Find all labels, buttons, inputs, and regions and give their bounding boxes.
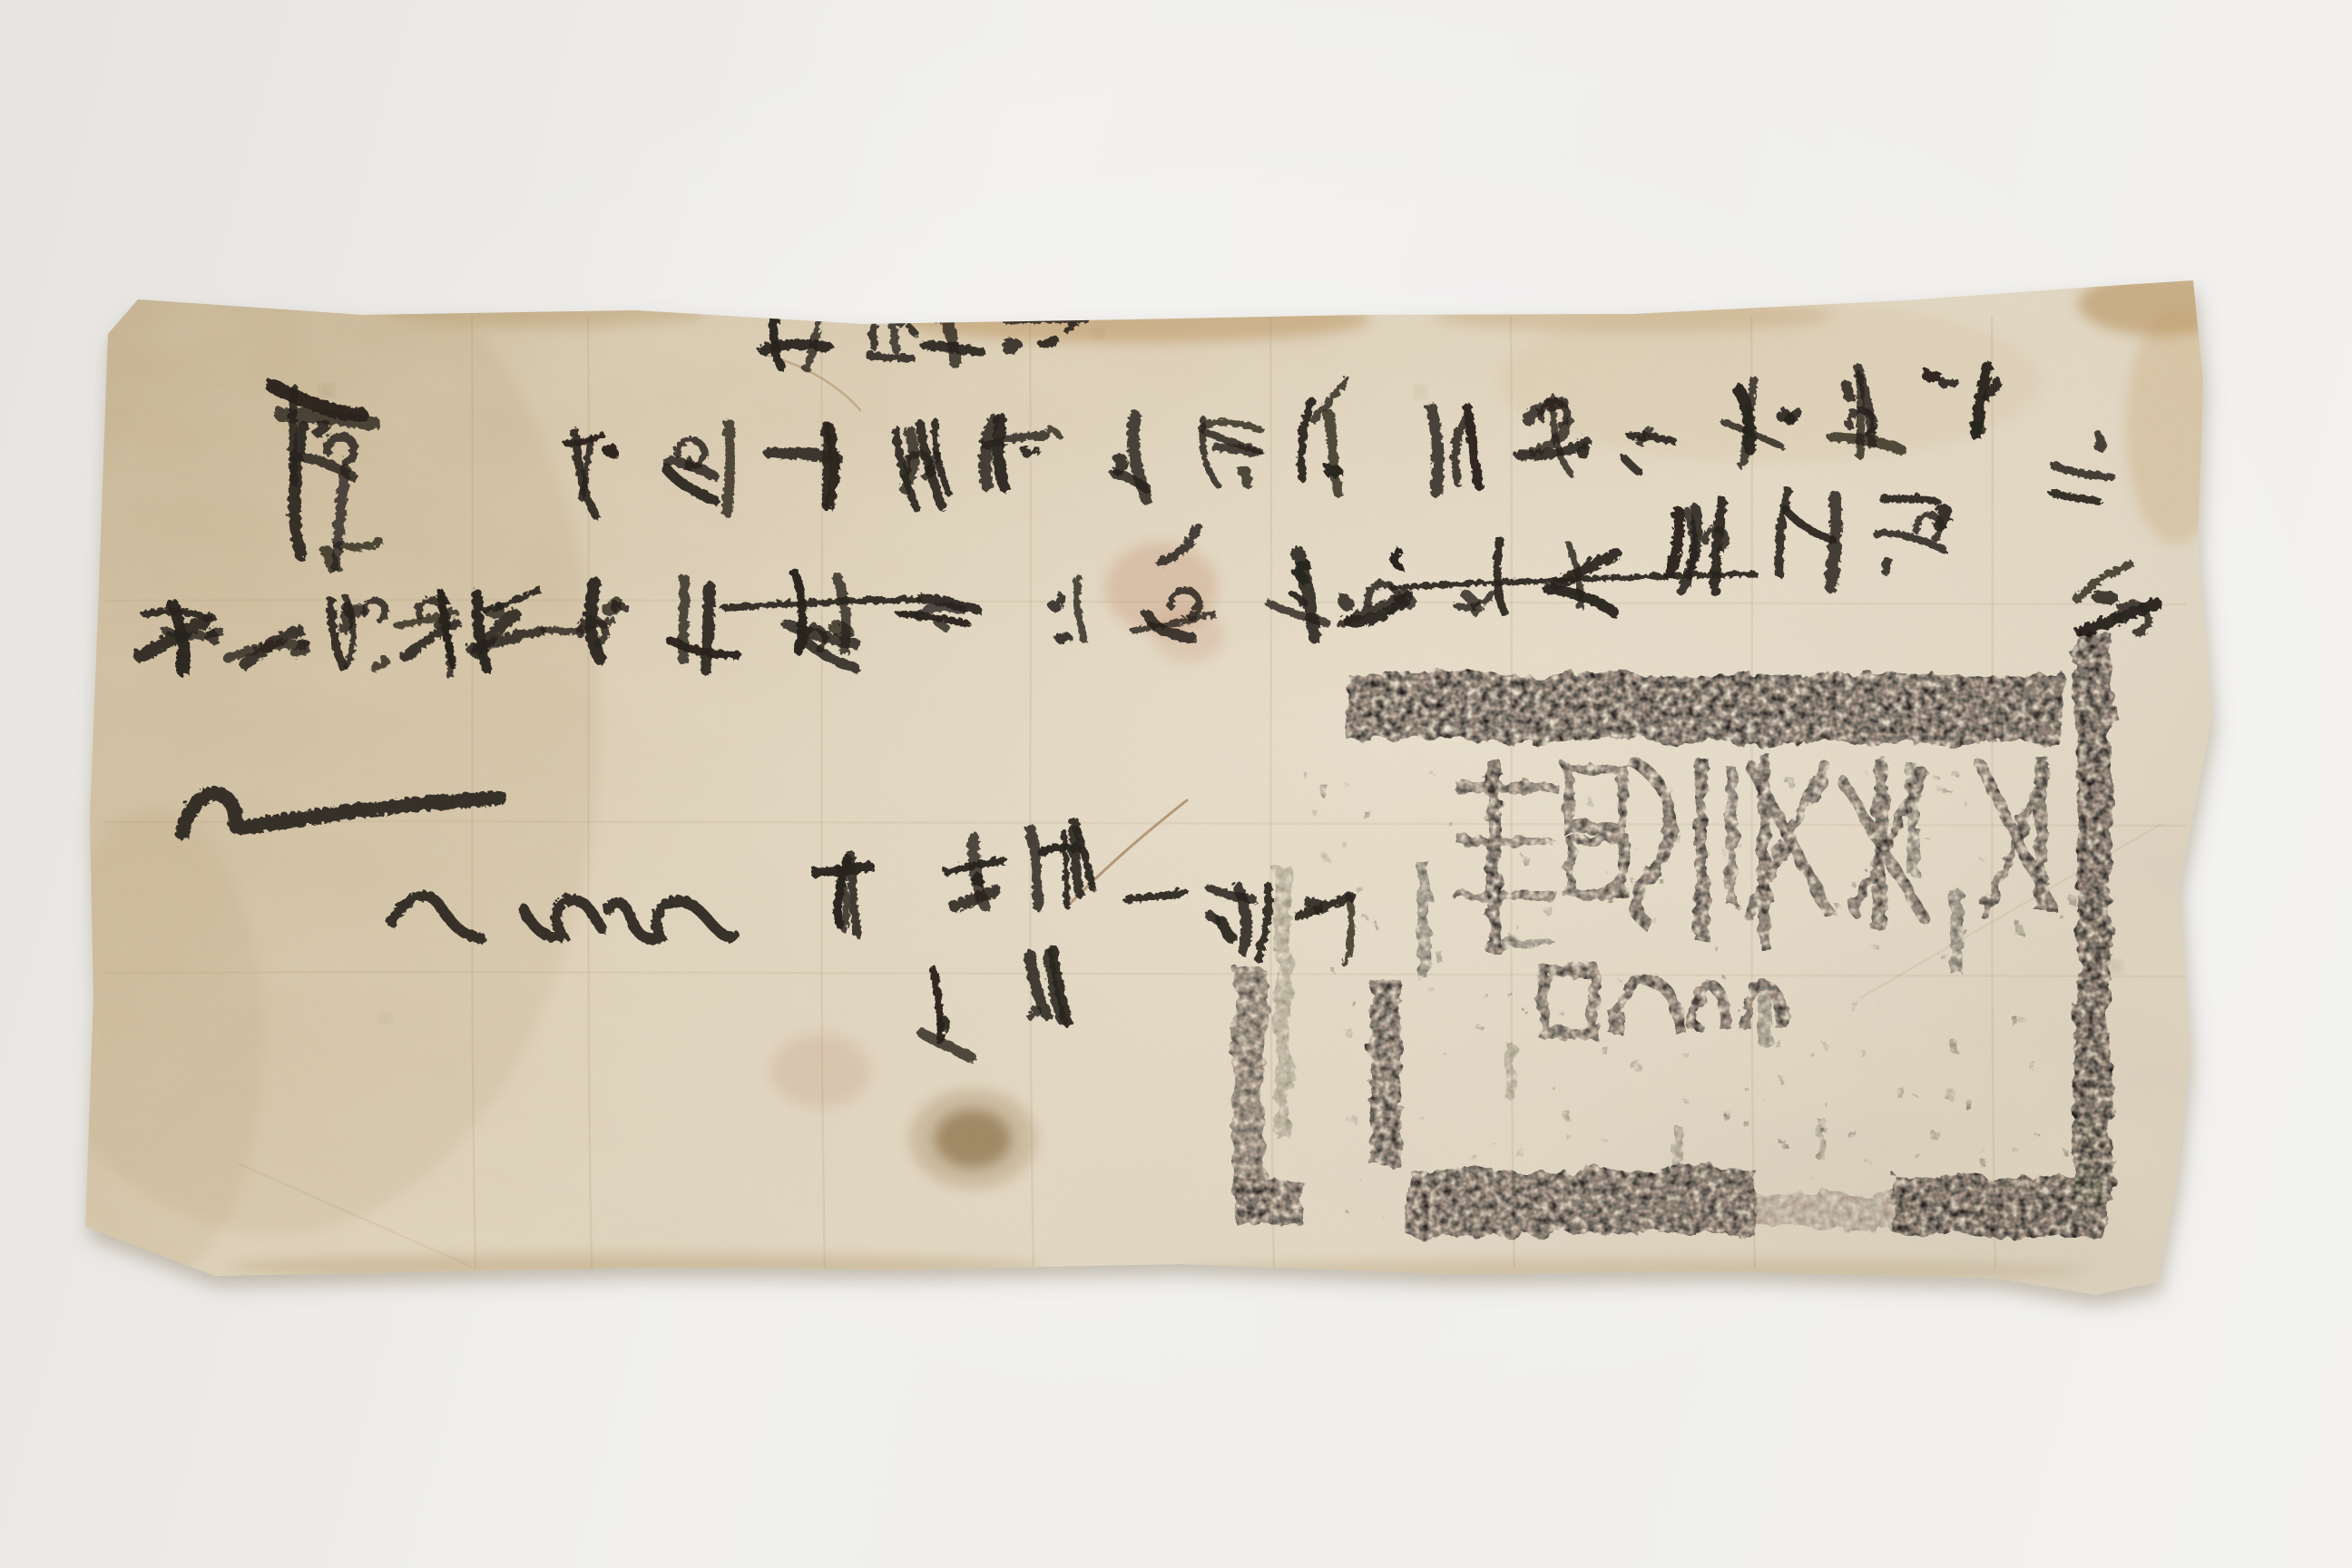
seal-speckle — [1651, 918, 1658, 925]
ink-stroke — [1115, 456, 1122, 469]
ink-stroke — [996, 417, 1003, 485]
seal-speckle — [1445, 1055, 1449, 1059]
seal-speckle — [1759, 1095, 1762, 1098]
seal-speckle — [1635, 848, 1639, 850]
seal-speckle — [1982, 1147, 1986, 1151]
photo-backdrop — [0, 0, 2352, 1568]
seal-speckle — [1681, 1050, 1686, 1055]
ink-stroke — [341, 612, 347, 626]
seal-speckle — [1601, 1045, 1607, 1053]
seal-speckle — [1931, 1130, 1938, 1141]
seal-speckle — [1966, 1102, 1974, 1110]
ink-stroke — [1328, 468, 1336, 472]
seal-speckle — [1331, 968, 1335, 973]
seal-speckle — [1671, 791, 1676, 794]
ink-stroke — [808, 300, 811, 309]
seal-speckle — [1867, 771, 1870, 776]
seal-speckle — [1696, 849, 1701, 857]
seal-speckle — [2070, 897, 2076, 906]
seal-speckle — [1313, 811, 1318, 817]
seal-speckle — [1715, 947, 1719, 952]
seal-glyph-bar — [1417, 862, 1430, 980]
seal-top-band — [1347, 670, 2064, 747]
seal-speckle — [1501, 1171, 1503, 1173]
ink-stroke — [1404, 593, 1409, 602]
seal-glyph-bar — [1674, 1127, 1683, 1172]
ink-stroke — [1040, 846, 1077, 851]
seal-speckle — [1661, 1196, 1666, 1201]
seal-speckle — [1823, 1101, 1826, 1104]
seal-speckle — [1520, 1006, 1523, 1008]
seal-speckle — [1367, 1078, 1371, 1083]
seal-speckle — [1574, 1185, 1579, 1189]
stain — [816, 304, 827, 313]
seal-speckle — [1685, 1101, 1690, 1104]
ink-stroke — [2095, 433, 2102, 446]
seal-speckle — [1856, 1214, 1861, 1222]
ink-stroke — [1050, 596, 1060, 605]
seal-speckle — [1346, 1210, 1347, 1213]
seal-speckle — [1944, 788, 1950, 792]
seal-speckle — [1948, 1038, 1956, 1050]
seal-speckle — [1849, 1131, 1857, 1138]
ink-stroke — [1846, 384, 1848, 396]
seal-speckle — [1864, 1159, 1869, 1161]
seal-glyph-bar — [1726, 767, 1737, 905]
seal-speckle — [1782, 1144, 1789, 1149]
seal-speckle — [1889, 868, 1896, 872]
ink-stroke — [1940, 380, 1955, 383]
seal-speckle — [1734, 903, 1739, 907]
seal-speckle — [1860, 1051, 1866, 1057]
stain — [382, 1015, 389, 1021]
seal-speckle — [1346, 1030, 1352, 1037]
stain — [2110, 963, 2119, 970]
seal-speckle — [1738, 844, 1743, 848]
seal-speckle — [1362, 1181, 1365, 1182]
manuscript-photo — [0, 0, 2352, 1568]
seal-right-bar — [2072, 631, 2114, 1200]
seal-glyph-bar — [1817, 1118, 1825, 1160]
ink-stroke — [1006, 340, 1015, 348]
seal-speckle — [1660, 879, 1664, 884]
stain — [1094, 331, 1102, 337]
seal-speckle — [1822, 1129, 1830, 1135]
seal-speckle — [1323, 855, 1329, 861]
seal-speckle — [1618, 978, 1622, 980]
seal-speckle — [1565, 1113, 1572, 1122]
seal-speckle — [1744, 1121, 1750, 1127]
seal-speckle — [1831, 910, 1837, 916]
seal-glyph-bar — [1455, 782, 1557, 793]
seal-speckle — [1602, 1138, 1606, 1141]
seal-speckle — [1724, 1111, 1730, 1120]
seal-glyph-bar — [1459, 837, 1553, 847]
ink-stroke — [1579, 446, 1583, 452]
seal-speckle — [1522, 855, 1528, 864]
seal-speckle — [1365, 916, 1369, 921]
seal-glyph-bar — [1490, 939, 1553, 948]
seal-speckle — [1824, 1044, 1828, 1051]
seal-glyph-bar — [1506, 1044, 1515, 1100]
seal-speckle — [2022, 808, 2028, 817]
seal-speckle — [2063, 1149, 2068, 1154]
ink-stroke — [1240, 468, 1246, 481]
seal-speckle — [2033, 1065, 2039, 1073]
seal-speckle — [1916, 776, 1925, 783]
seal-speckle — [1915, 1155, 1920, 1159]
seal-speckle — [1632, 1060, 1639, 1069]
seal-speckle — [1430, 773, 1435, 777]
seal-glyph-bar — [1951, 891, 1963, 975]
seal-speckle — [1720, 847, 1724, 852]
seal-speckle — [1628, 1195, 1633, 1202]
seal-speckle — [1941, 1204, 1948, 1209]
seal-glyph-bar — [1370, 980, 1401, 1166]
seal-speckle — [1517, 927, 1520, 931]
seal-speckle — [1608, 897, 1613, 902]
seal-speckle — [1305, 774, 1309, 779]
seal-left-hook — [1232, 1175, 1304, 1225]
ink-stroke — [1975, 424, 1977, 427]
seal-speckle — [1787, 778, 1794, 786]
seal-speckle — [1546, 907, 1553, 916]
seal-speckle — [2013, 1017, 2019, 1025]
ink-stroke — [961, 295, 973, 304]
seal-speckle — [1979, 857, 1983, 858]
seal-speckle — [1426, 987, 1435, 993]
seal-speckle — [1561, 1013, 1565, 1016]
seal-speckle — [1789, 1196, 1793, 1201]
stain — [898, 296, 1370, 343]
seal-speckle — [1585, 797, 1591, 805]
seal-speckle — [1552, 1086, 1554, 1090]
stain — [2126, 309, 2226, 544]
seal-speckle — [1344, 782, 1348, 788]
seal-bottom-left-band — [1407, 1166, 1758, 1239]
ink-stroke — [846, 309, 853, 315]
seal-speckle — [2059, 916, 2063, 918]
ink-stroke — [908, 326, 914, 332]
seal-speckle — [1485, 995, 1489, 999]
seal-speckle — [1946, 1090, 1955, 1101]
seal-glyph-bar — [2080, 1118, 2094, 1205]
stain — [1180, 1259, 2087, 1281]
seal-speckle — [2009, 1144, 2016, 1150]
ink-stroke — [1062, 831, 1067, 904]
seal-speckle — [1436, 954, 1444, 963]
ink-stroke — [867, 351, 910, 358]
seal-speckle — [1870, 942, 1876, 947]
seal-speckle — [1722, 975, 1725, 977]
seal-speckle — [1516, 1149, 1524, 1157]
seal-speckle — [1705, 852, 1710, 856]
ink-stroke — [1925, 372, 1935, 375]
ink-stroke — [2097, 595, 2112, 597]
seal-speckle — [1499, 801, 1503, 806]
seal-speckle — [1511, 936, 1517, 945]
stain — [322, 387, 331, 394]
ink-stroke — [1788, 411, 1795, 418]
seal-speckle — [1509, 995, 1515, 998]
seal-speckle — [1540, 1012, 1546, 1021]
seal-speckle — [1725, 1171, 1730, 1179]
seal-speckle — [1388, 1009, 1396, 1018]
ink-stroke — [1342, 597, 1347, 604]
seal-speckle — [1850, 1001, 1858, 1010]
seal-speckle — [2014, 924, 2023, 935]
seal-speckle — [2020, 1019, 2026, 1026]
ink-stroke — [208, 632, 213, 639]
ink-stroke — [317, 423, 323, 431]
seal-speckle — [1380, 1215, 1383, 1218]
seal-speckle — [1616, 1000, 1622, 1008]
ink-stroke — [1056, 634, 1067, 639]
seal-speckle — [1448, 822, 1453, 826]
seal-speckle — [1775, 1041, 1780, 1047]
seal-speckle — [1672, 834, 1680, 843]
seal-speckle — [2038, 1136, 2043, 1139]
seal-speckle — [1688, 1189, 1695, 1199]
ink-stroke — [1207, 912, 1215, 919]
seal-speckle — [1691, 1208, 1700, 1217]
seal-speckle — [1632, 879, 1635, 884]
seal-speckle — [1321, 787, 1328, 798]
ink-stroke — [1883, 561, 1888, 570]
seal-speckle — [1495, 1218, 1498, 1220]
seal-speckle — [1347, 1114, 1355, 1122]
seal-speckle — [1977, 1157, 1984, 1164]
seal-speckle — [1744, 1088, 1749, 1092]
seal-speckle — [1942, 953, 1946, 960]
seal-speckle — [1837, 906, 1842, 910]
seal-speckle — [1849, 880, 1854, 886]
ink-stroke — [605, 446, 612, 452]
seal-speckle — [1373, 922, 1377, 927]
ink-stroke — [1062, 299, 1065, 304]
seal-speckle — [1539, 1193, 1542, 1195]
seal-speckle — [1355, 887, 1362, 891]
seal-speckle — [1873, 848, 1876, 849]
seal-speckle — [1914, 1094, 1917, 1096]
seal-speckle — [1361, 809, 1369, 817]
seal-speckle — [1897, 1089, 1905, 1099]
seal-speckle — [1494, 1142, 1496, 1145]
seal-speckle — [1965, 804, 1968, 808]
seal-speckle — [1566, 1135, 1573, 1140]
seal-speckle — [1779, 1140, 1785, 1143]
seal-bottom-right-band — [1892, 1173, 2107, 1240]
seal-speckle — [1525, 1012, 1530, 1015]
stain — [227, 1254, 1044, 1279]
ink-stroke — [767, 287, 838, 314]
seal-speckle — [1482, 776, 1485, 778]
on-paper-layers — [0, 0, 2352, 1568]
seal-speckle — [1809, 1053, 1815, 1055]
seal-speckle — [1342, 843, 1347, 849]
stain — [45, 808, 263, 1279]
ink-stroke — [885, 305, 904, 323]
seal-speckle — [1480, 1027, 1486, 1033]
seal-glyph-bar — [1760, 991, 1771, 1047]
seal-speckle — [1353, 1003, 1358, 1007]
stain — [1416, 388, 1424, 396]
ink-stroke — [936, 305, 981, 317]
seal-speckle — [1709, 1179, 1716, 1184]
seal-speckle — [1877, 1004, 1879, 1007]
ink-stroke — [606, 602, 615, 608]
ink-stroke — [1040, 338, 1053, 342]
seal-speckle — [1812, 1178, 1817, 1181]
seal-speckle — [1869, 1200, 1875, 1206]
seal-speckle — [1952, 772, 1960, 778]
seal-speckle — [1418, 1114, 1422, 1118]
stain — [909, 1089, 1036, 1189]
ink-stroke — [940, 1020, 944, 1027]
seal-speckle — [1926, 837, 1929, 839]
seal-speckle — [1769, 818, 1774, 825]
seal-speckle — [1730, 1170, 1733, 1172]
seal-speckle — [1574, 834, 1578, 837]
seal-speckle — [1977, 1213, 1980, 1215]
seal-speckle — [1933, 774, 1938, 779]
seal-speckle — [1473, 1155, 1477, 1162]
seal-glyph-bar — [1455, 891, 1557, 901]
seal-speckle — [1607, 872, 1609, 875]
seal-speckle — [1780, 1077, 1786, 1085]
